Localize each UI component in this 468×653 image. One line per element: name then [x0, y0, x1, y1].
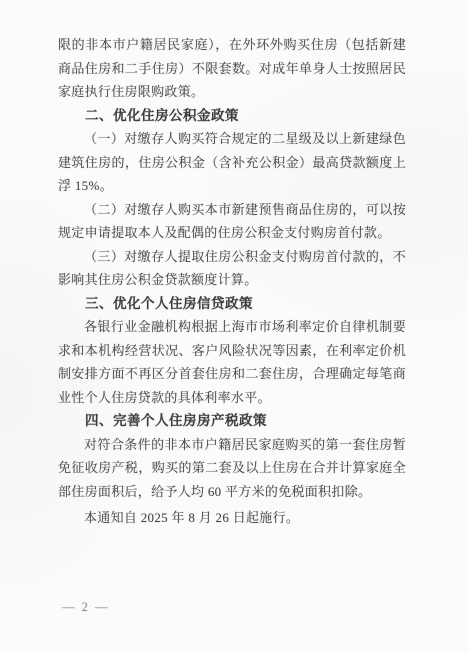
scanned-document-page: 限的非本市户籍居民家庭），在外环外购买住房（包括新建商品住房和二手住房）不限套数… — [0, 0, 468, 653]
section-heading-personal-credit-policy: 三、优化个人住房信贷政策 — [58, 292, 406, 316]
paragraph-fund-item-3-loan-quota: （三）对缴存人提取住房公积金支付购房首付款的，不影响其住房公积金贷款额度计算。 — [58, 245, 406, 292]
paragraph-effective-date: 本通知自 2025 年 8 月 26 日起施行。 — [58, 506, 406, 530]
paragraph-credit-interest-rate: 各银行业金融机构根据上海市市场利率定价自律机制要求和本机构经营状况、客户风险状况… — [58, 315, 406, 409]
section-heading-housing-fund-policy: 二、优化住房公积金政策 — [58, 104, 406, 128]
paragraph-fund-item-2-presale-downpayment: （二）对缴存人购买本市新建预售商品住房的，可以按规定申请提取本人及配偶的住房公积… — [58, 198, 406, 245]
paragraph-property-tax-exemption: 对符合条件的非本市户籍居民家庭购买的第一套住房暂免征收房产税，购买的第二套及以上… — [58, 433, 406, 504]
section-heading-property-tax-policy: 四、完善个人住房房产税政策 — [58, 409, 406, 433]
page-number: — 2 — — [62, 599, 110, 615]
paragraph-fund-item-1-green-building-loan: （一）对缴存人购买符合规定的二星级及以上新建绿色建筑住房的，住房公积金（含补充公… — [58, 127, 406, 198]
document-body: 限的非本市户籍居民家庭），在外环外购买住房（包括新建商品住房和二手住房）不限套数… — [58, 33, 406, 530]
paragraph-purchase-restriction-continuation: 限的非本市户籍居民家庭），在外环外购买住房（包括新建商品住房和二手住房）不限套数… — [58, 33, 406, 104]
